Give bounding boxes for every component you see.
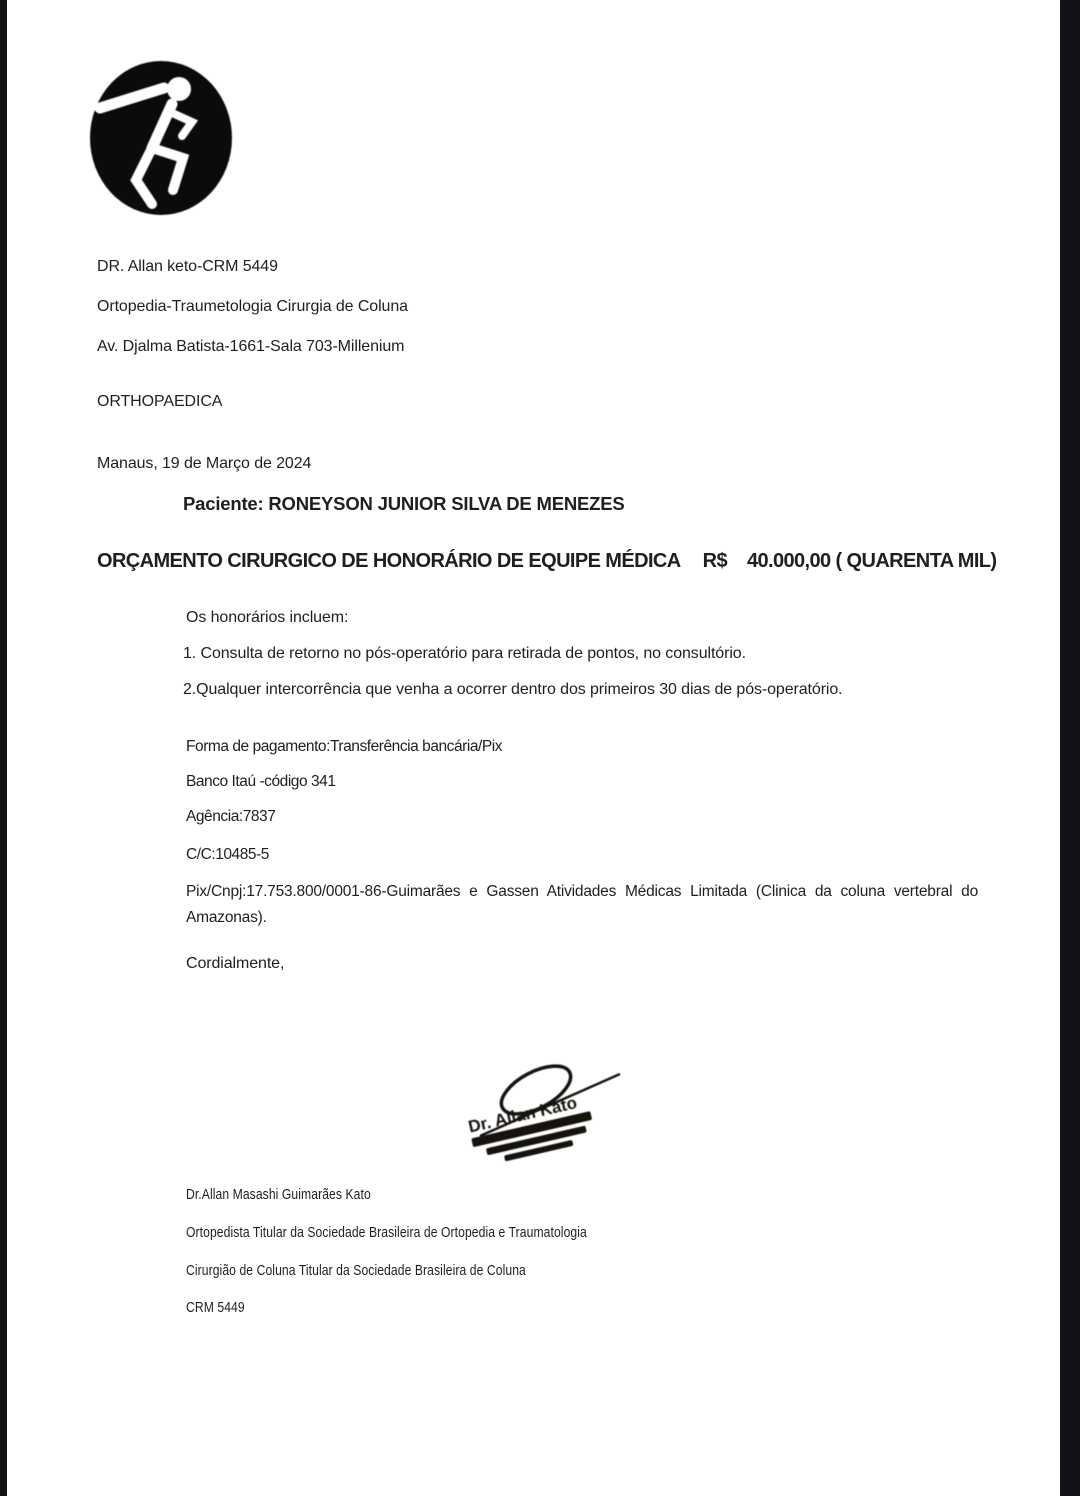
closing-line: Cordialmente, [186,955,284,973]
signature-stamp: Dr. Allan Kato [452,1056,632,1168]
letterhead-address-line: Av. Djalma Batista-1661-Sala 703-Milleni… [97,338,404,356]
payment-bank-line: Banco Itaú -código 341 [186,773,336,791]
footer-crm-number: CRM 5449 [186,1299,245,1316]
payment-pix-line: Pix/Cnpj:17.753.800/0001-86-Guimarães e … [186,879,978,931]
budget-currency: R$ [703,550,727,573]
runner-logo [86,56,238,218]
footer-doctor-name: Dr.Allan Masashi Guimarães Kato [186,1186,371,1203]
footer-credential-2: Cirurgião de Coluna Titular da Sociedade… [186,1262,526,1279]
fees-intro: Os honorários incluem: [186,609,348,627]
patient-line: Paciente: RONEYSON JUNIOR SILVA DE MENEZ… [183,493,625,515]
signature-stamp-graphic: Dr. Allan Kato [452,1056,632,1168]
payment-account-line: C/C:10485-5 [186,846,269,864]
letterhead-doctor-line: DR. Allan keto-CRM 5449 [97,258,278,276]
viewer-edge-right [1060,0,1080,1496]
runner-logo-graphic [86,56,238,218]
fees-item-2: 2.Qualquer intercorrência que venha a oc… [183,681,843,699]
budget-amount: 40.000,00 ( QUARENTA MIL) [747,550,997,573]
budget-headline: ORÇAMENTO CIRURGICO DE HONORÁRIO DE EQUI… [97,550,997,573]
fees-item-1: 1. Consulta de retorno no pós-operatório… [183,645,746,663]
viewer-edge-left [0,0,7,1496]
budget-title: ORÇAMENTO CIRURGICO DE HONORÁRIO DE EQUI… [97,550,681,573]
letterhead-specialty-line: Ortopedia-Traumetologia Cirurgia de Colu… [97,298,408,316]
clinic-name: ORTHOPAEDICA [97,393,222,411]
document-page: { "colors": { "page": "#ffffff", "edge_b… [0,0,1080,1496]
date-line: Manaus, 19 de Março de 2024 [97,455,311,473]
payment-method-line: Forma de pagamento:Transferência bancári… [186,738,502,756]
payment-agency-line: Agência:7837 [186,808,275,826]
footer-credential-1: Ortopedista Titular da Sociedade Brasile… [186,1224,587,1241]
